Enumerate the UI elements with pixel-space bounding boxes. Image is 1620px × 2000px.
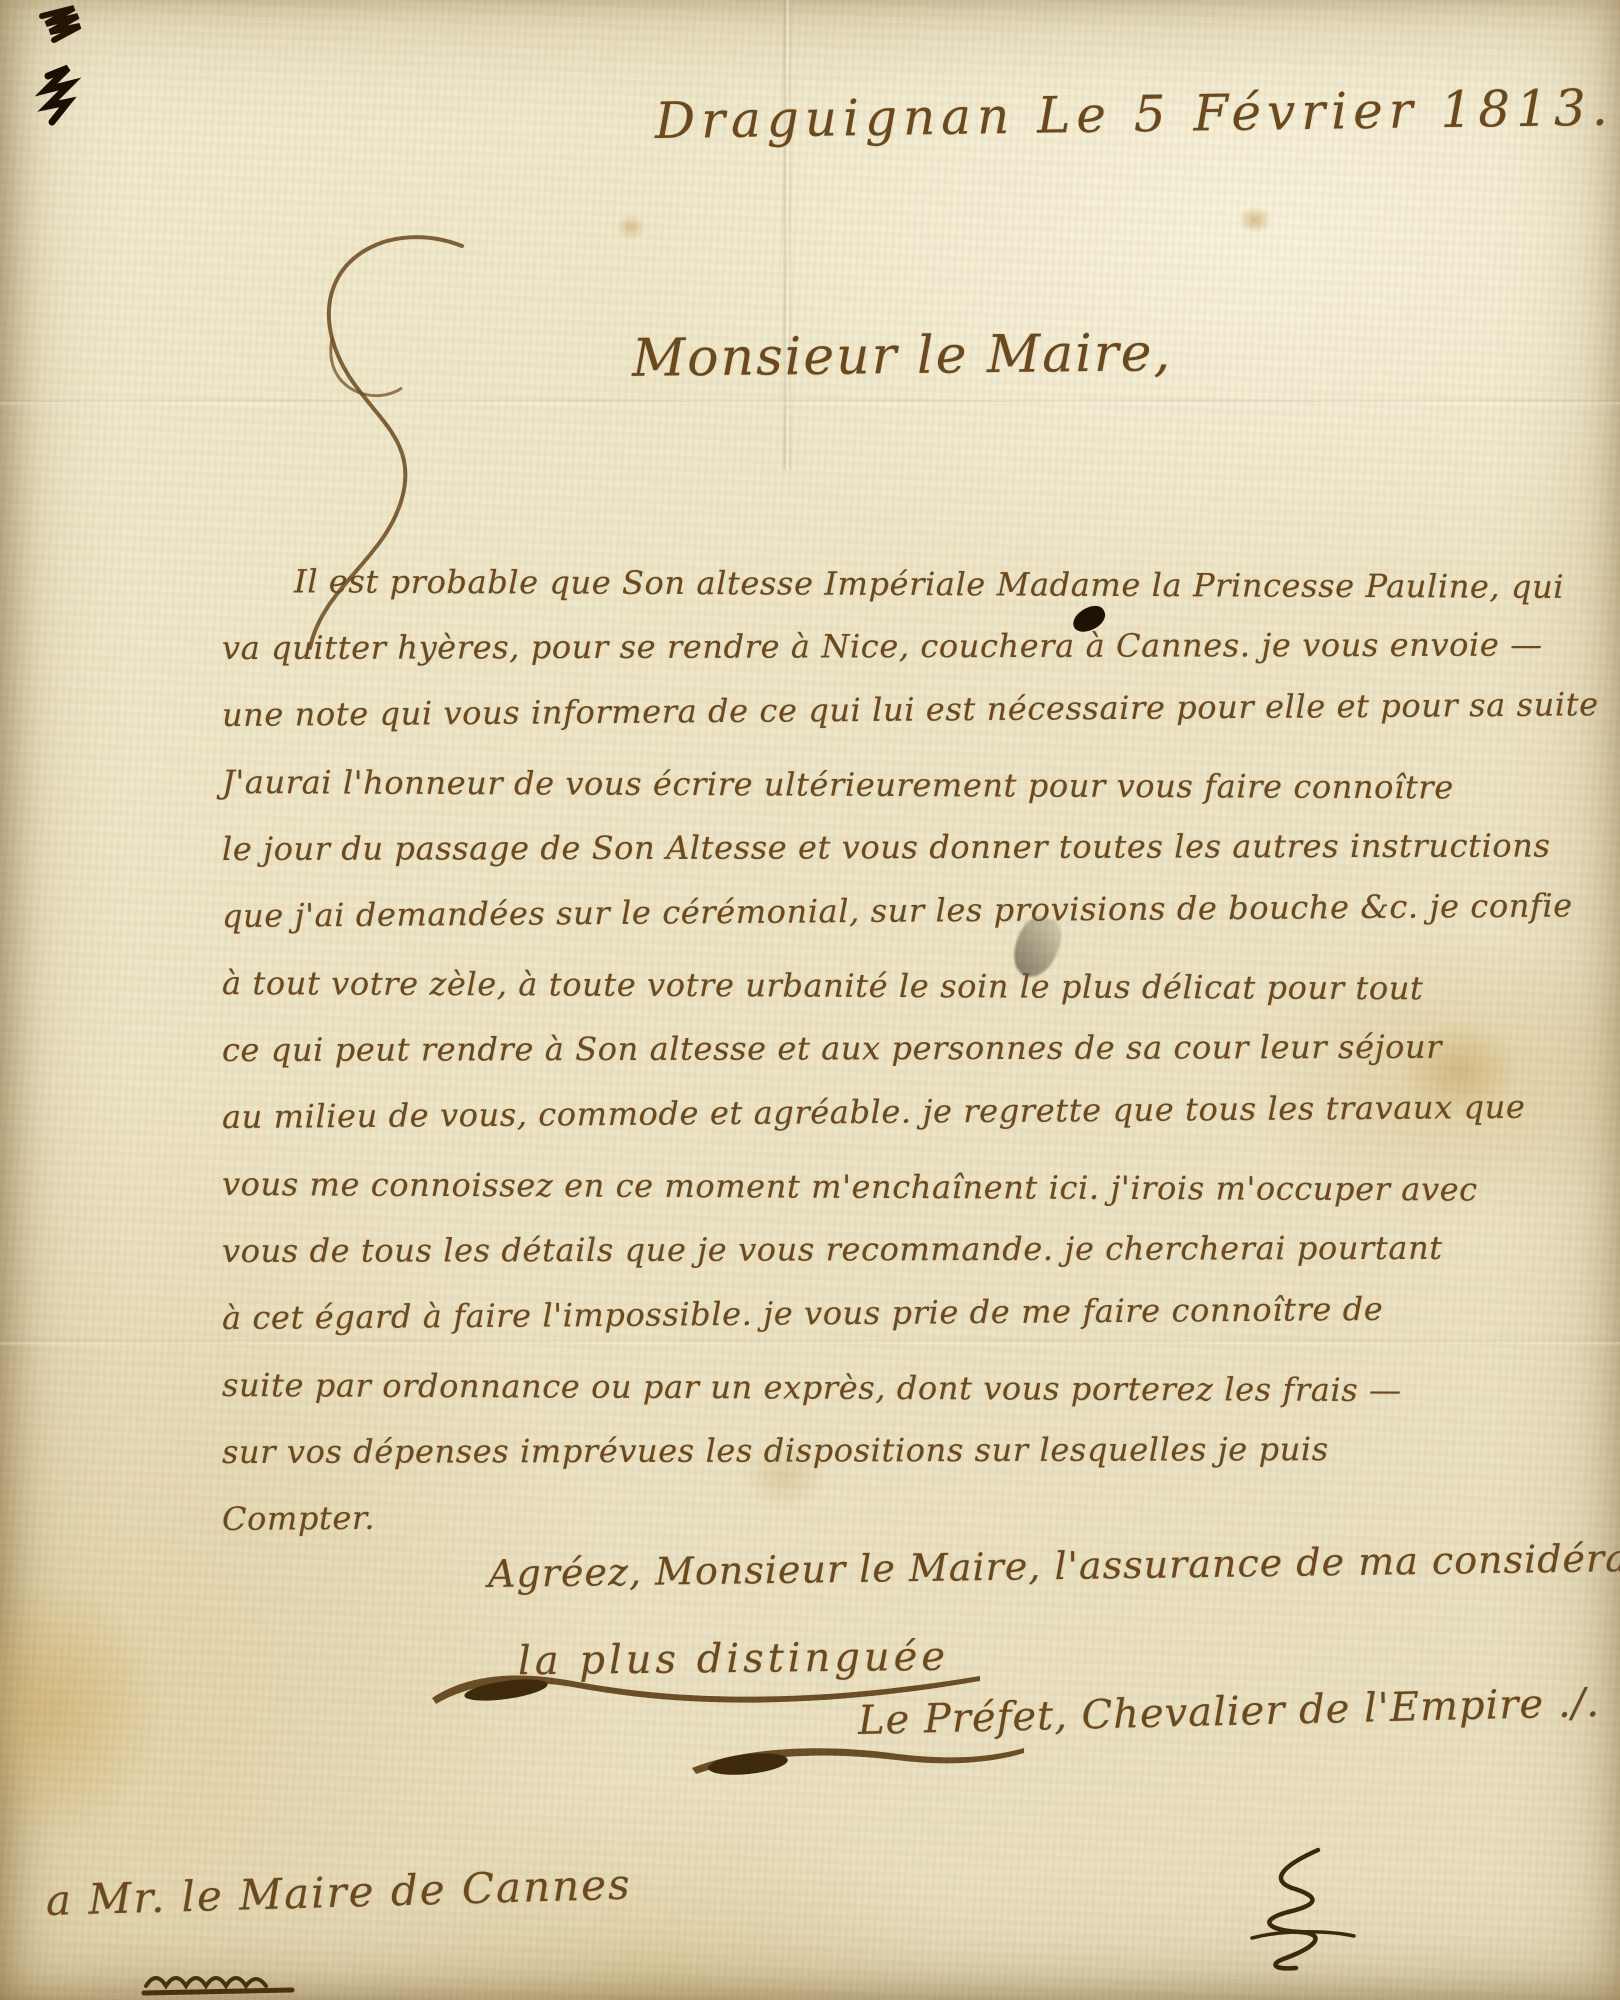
body-line: à cet égard à faire l'impossible. je vou… <box>222 1274 1620 1352</box>
paper-stain <box>616 214 646 240</box>
address-underline-squiggle <box>142 1966 332 1996</box>
body-line: le jour du passage de Son Altesse et vou… <box>222 812 1620 883</box>
letter-body: Il est probable que Son altesse Impérial… <box>222 548 1620 1553</box>
ink-smudge-top-left <box>34 6 104 156</box>
body-line: ce qui peut rendre à Son altesse et aux … <box>222 1013 1620 1084</box>
body-line: Il est probable que Son altesse Impérial… <box>222 548 1620 621</box>
body-line: à tout votre zèle, à toute votre urbanit… <box>222 950 1620 1023</box>
signature-paraph <box>1222 1846 1372 1976</box>
address-line: a Mr. le Maire de Cannes <box>45 1860 632 1925</box>
body-line: au milieu de vous, commode et agréable. … <box>222 1073 1620 1151</box>
salutation: Monsieur le Maire, <box>632 323 1173 389</box>
body-line: vous me connoissez en ce moment m'enchaî… <box>222 1151 1620 1224</box>
fold-crease-horizontal-top <box>0 398 1620 406</box>
dateline: Draguignan Le 5 Février 1813. <box>655 79 1614 150</box>
body-line: va quitter hyères, pour se rendre à Nice… <box>222 611 1620 682</box>
paper-stain <box>1238 206 1272 234</box>
body-line: que j'ai demandées sur le cérémonial, su… <box>222 872 1620 950</box>
body-line: sur vos dépenses imprévues les dispositi… <box>222 1415 1620 1486</box>
body-line: une note qui vous informera de ce qui lu… <box>222 671 1620 749</box>
body-line: J'aurai l'honneur de vous écrire ultérie… <box>222 749 1620 822</box>
paper-stain <box>0 1580 160 1840</box>
letter-page: Draguignan Le 5 Février 1813. Monsieur l… <box>0 0 1620 2000</box>
body-line: suite par ordonnance ou par un exprès, d… <box>222 1352 1620 1425</box>
body-line: vous de tous les détails que je vous rec… <box>222 1214 1620 1285</box>
signature-title-flourish <box>688 1742 1028 1782</box>
